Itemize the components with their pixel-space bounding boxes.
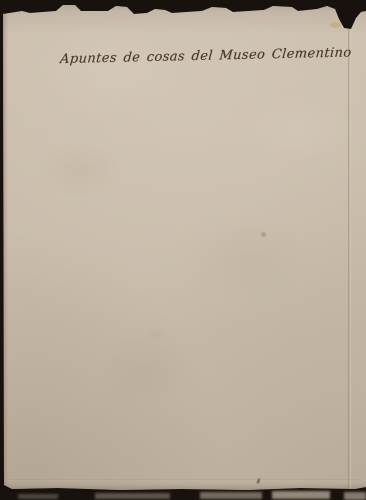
underlying-page-edge xyxy=(200,492,262,499)
underlying-page-edge xyxy=(272,491,330,499)
underlying-page-edge xyxy=(344,492,366,500)
vertical-fold-crease xyxy=(348,26,351,490)
underlying-page-edge xyxy=(95,493,170,499)
page-bottom-edge-shading xyxy=(3,483,366,490)
photo-backdrop: Apuntes de cosas del Museo Clementino xyxy=(0,0,366,500)
foxing-stain xyxy=(261,232,266,237)
foxing-stain xyxy=(150,330,164,338)
horizontal-bottom-crease xyxy=(8,479,360,481)
manuscript-page: Apuntes de cosas del Museo Clementino xyxy=(0,0,366,500)
foxing-stain xyxy=(330,22,341,28)
underlying-page-edge xyxy=(18,494,58,499)
page-left-edge-shading xyxy=(3,12,8,488)
handwritten-title: Apuntes de cosas del Museo Clementino xyxy=(59,46,330,67)
